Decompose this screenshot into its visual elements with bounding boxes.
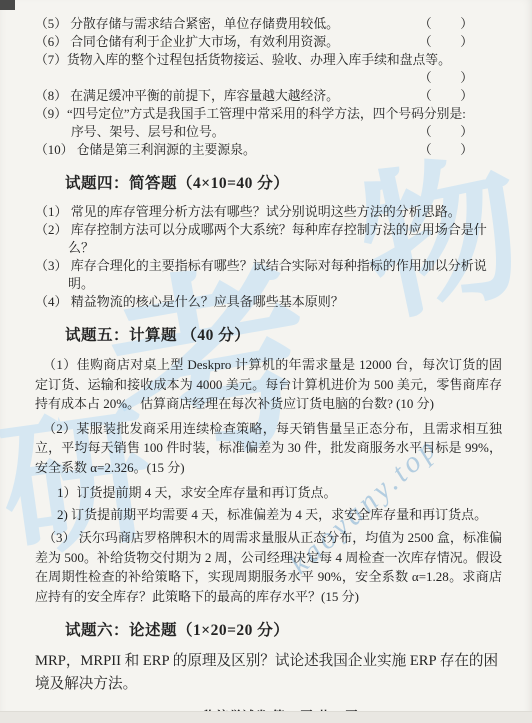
judgement-line: （9）“四号定位”方式是我国手工管理中常采用的科学方法，四个号码分别是:	[35, 105, 502, 123]
question-text: （6） 合同仓储有利于企业扩大市场，有效利用资源。	[35, 33, 413, 51]
answer-bracket: （ ）	[419, 15, 502, 33]
judgement-line: （6） 合同仓储有利于企业扩大市场，有效利用资源。（ ）	[35, 33, 502, 51]
question-text: （3） 库存合理化的主要指标有哪些？试结合实际对每种指标的作用加以分析说明。	[35, 257, 502, 293]
exam-content: （5） 分散存储与需求结合紧密，单位存储费用较低。（ ）（6） 合同仓储有利于企…	[35, 15, 502, 723]
judgement-item: （8） 在满足缓冲平衡的前提下，库容量越大越经济。（ ）	[35, 87, 502, 105]
answer-bracket: （ ）	[419, 141, 502, 159]
question-text: （8） 在满足缓冲平衡的前提下，库容量越大越经济。	[35, 87, 413, 105]
judgement-item: （7）货物入库的整个过程包括货物接运、验收、办理入库手续和盘点等。（ ）	[35, 51, 502, 87]
question-text: （9）“四号定位”方式是我国手工管理中常采用的科学方法，四个号码分别是:	[35, 105, 502, 123]
question-text: （3） 沃尔玛商店罗格牌积木的周需求量服从正态分布，均值为 2500 盒，标准偏…	[35, 528, 502, 606]
question-text: 序号、架号、层号和位号。	[35, 123, 413, 141]
judgement-item: （10） 仓储是第三利润源的主要源泉。（ ）	[35, 141, 502, 159]
judgement-item: （6） 合同仓储有利于企业扩大市场，有效利用资源。（ ）	[35, 33, 502, 51]
section-4: 试题四：简答题（4×10=40 分）（1） 常见的库存管理分析方法有哪些？试分别…	[35, 173, 502, 311]
judgement-line: （8） 在满足缓冲平衡的前提下，库容量越大越经济。（ ）	[35, 87, 502, 105]
judgement-line: （5） 分散存储与需求结合紧密，单位存储费用较低。（ ）	[35, 15, 502, 33]
scan-bottom-edge	[0, 711, 532, 723]
judgement-line: （10） 仓储是第三利润源的主要源泉。（ ）	[35, 141, 502, 159]
answer-bracket: （ ）	[419, 33, 502, 51]
question-text: （5） 分散存储与需求结合紧密，单位存储费用较低。	[35, 15, 413, 33]
judgement-line: （ ）	[35, 69, 502, 87]
question-text: MRP，MRPII 和 ERP 的原理及区别？试论述我国企业实施 ERP 存在的…	[35, 650, 502, 696]
question-text: （7）货物入库的整个过程包括货物接运、验收、办理入库手续和盘点等。	[35, 51, 502, 69]
judgement-item: （9）“四号定位”方式是我国手工管理中常采用的科学方法，四个号码分别是:序号、架…	[35, 105, 502, 141]
scan-corner-artifact	[0, 0, 15, 10]
section-5: 试题五：计算题 （40 分）（1）佳购商店对桌上型 Deskpro 计算机的年需…	[35, 325, 502, 606]
section-heading: 试题五：计算题 （40 分）	[35, 325, 502, 347]
section-6: 试题六：论述题（1×20=20 分）MRP，MRPII 和 ERP 的原理及区别…	[35, 620, 502, 696]
question-text: （1）佳购商店对桌上型 Deskpro 计算机的年需求量是 12000 台，每次…	[35, 355, 502, 414]
question-text: （10） 仓储是第三利润源的主要源泉。	[35, 141, 413, 159]
section-heading: 试题四：简答题（4×10=40 分）	[35, 173, 502, 195]
question-text: （2）某服装批发商采用连续检查策略，每天销售量呈正态分布，且需求相互独立，平均每…	[35, 419, 502, 478]
judgement-line: （7）货物入库的整个过程包括货物接运、验收、办理入库手续和盘点等。	[35, 51, 502, 69]
question-text: （4） 精益物流的核心是什么？应具备哪些基本原则？	[35, 293, 502, 311]
question-text: 1）订货提前期 4 天，求安全库存量和再订货点。	[35, 482, 502, 503]
answer-bracket: （ ）	[419, 123, 502, 141]
answer-bracket: （ ）	[419, 87, 502, 105]
scanned-exam-page: 考 物 研 kaoyany.top （5） 分散存储与需求结合紧密，单位存储费用…	[0, 0, 532, 723]
judgement-line: 序号、架号、层号和位号。（ ）	[35, 123, 502, 141]
judgement-question-list: （5） 分散存储与需求结合紧密，单位存储费用较低。（ ）（6） 合同仓储有利于企…	[35, 15, 502, 159]
judgement-item: （5） 分散存储与需求结合紧密，单位存储费用较低。（ ）	[35, 15, 502, 33]
question-text: （2） 库存控制方法可以分成哪两个大系统？每种库存控制方法的应用场合是什么？	[35, 221, 502, 257]
section-heading: 试题六：论述题（1×20=20 分）	[35, 620, 502, 642]
question-text: （1） 常见的库存管理分析方法有哪些？试分别说明这些方法的分析思路。	[35, 203, 502, 221]
answer-bracket: （ ）	[419, 69, 502, 87]
question-text: 2) 订货提前期平均需要 4 天，标准偏差为 4 天，求安全库存量和再订货点。	[35, 504, 502, 525]
